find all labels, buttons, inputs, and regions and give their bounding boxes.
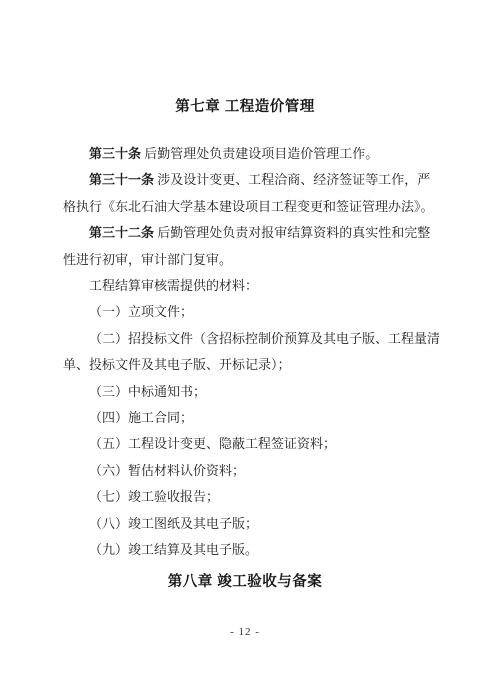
line-text: 工程结算审核需提供的材料： xyxy=(89,278,258,293)
line-text: 单、投标文件及其电子版、开标记录）； xyxy=(63,357,291,372)
doc-line-item-9: （九）竣工结算及其电子版。 xyxy=(63,537,437,563)
doc-line-item-3: （三）中标通知书； xyxy=(63,379,437,405)
article-number: 第三十条 xyxy=(89,146,141,161)
doc-line-item-7: （七）竣工验收报告； xyxy=(63,484,437,510)
doc-line-article-30: 第三十条 后勤管理处负责建设项目造价管理工作。 xyxy=(63,141,437,167)
doc-line-item-4: （四）施工合同； xyxy=(63,405,437,431)
line-text: 后勤管理处负责建设项目造价管理工作。 xyxy=(141,146,378,161)
document-body: 第三十条 后勤管理处负责建设项目造价管理工作。 第三十一条 涉及设计变更、工程洽… xyxy=(63,141,437,564)
document-page: 第七章 工程造价管理 第三十条 后勤管理处负责建设项目造价管理工作。 第三十一条… xyxy=(0,0,490,699)
line-text: （三）中标通知书； xyxy=(89,384,206,399)
doc-line-item-5: （五）工程设计变更、隐蔽工程签证资料； xyxy=(63,431,437,457)
line-text: （九）竣工结算及其电子版。 xyxy=(89,542,258,557)
line-text: （六）暂估材料认价资料； xyxy=(89,463,245,478)
doc-line-item-2: （二）招投标文件（含招标控制价预算及其电子版、工程量清 xyxy=(63,326,437,352)
doc-line-item-1: （一）立项文件； xyxy=(63,299,437,325)
chapter7-heading: 第七章 工程造价管理 xyxy=(0,99,490,116)
line-text: （七）竣工验收报告； xyxy=(89,489,219,504)
line-text: （五）工程设计变更、隐蔽工程签证资料； xyxy=(89,436,336,451)
chapter8-heading: 第八章 竣工验收与备案 xyxy=(0,574,490,591)
doc-line: 单、投标文件及其电子版、开标记录）； xyxy=(63,352,437,378)
article-number: 第三十一条 xyxy=(89,172,154,187)
doc-line: 格执行《东北石油大学基本建设项目工程变更和签证管理办法》。 xyxy=(63,194,437,220)
doc-line-article-31: 第三十一条 涉及设计变更、工程洽商、经济签证等工作，严 xyxy=(63,167,437,193)
doc-line-item-8: （八）竣工图纸及其电子版； xyxy=(63,511,437,537)
line-text: 格执行《东北石油大学基本建设项目工程变更和签证管理办法》。 xyxy=(63,199,434,214)
doc-line-materials-intro: 工程结算审核需提供的材料： xyxy=(63,273,437,299)
doc-line-article-32: 第三十二条 后勤管理处负责对报审结算资料的真实性和完整 xyxy=(63,220,437,246)
line-text: 涉及设计变更、工程洽商、经济签证等工作，严 xyxy=(154,172,430,187)
line-text: （一）立项文件； xyxy=(89,304,193,319)
article-number: 第三十二条 xyxy=(89,225,154,240)
line-text: 性进行初审，审计部门复审。 xyxy=(63,252,232,267)
line-text: （四）施工合同； xyxy=(89,410,193,425)
doc-line-item-6: （六）暂估材料认价资料； xyxy=(63,458,437,484)
page-number: - 12 - xyxy=(0,626,490,639)
doc-line: 性进行初审，审计部门复审。 xyxy=(63,247,437,273)
line-text: （二）招投标文件（含招标控制价预算及其电子版、工程量清 xyxy=(89,331,440,346)
line-text: 后勤管理处负责对报审结算资料的真实性和完整 xyxy=(154,225,430,240)
line-text: （八）竣工图纸及其电子版； xyxy=(89,516,258,531)
